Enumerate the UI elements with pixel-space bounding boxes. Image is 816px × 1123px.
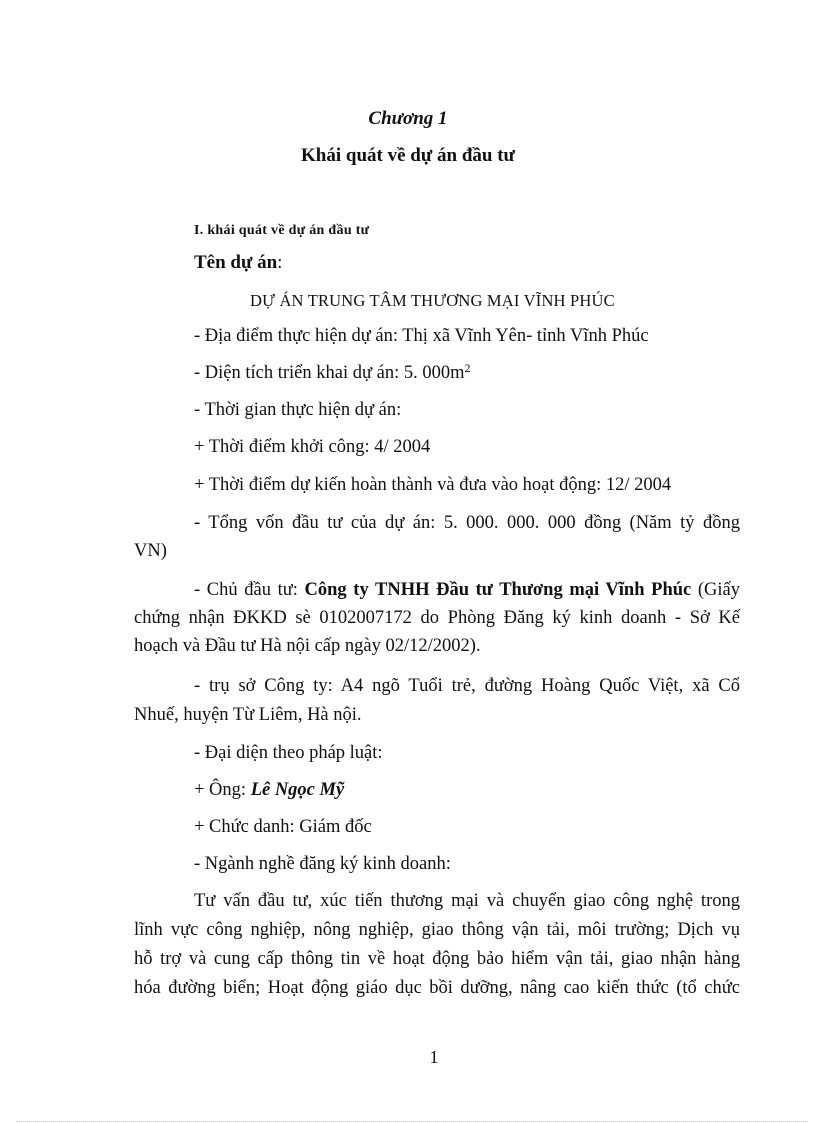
item-finish: + Thời điểm dự kiến hoàn thành và đưa và… <box>194 474 671 496</box>
chapter-label: Chương 1 <box>0 108 816 130</box>
item-rep-title: + Chức danh: Giám đốc <box>194 816 372 838</box>
item-start: + Thời điểm khởi công: 4/ 2004 <box>194 436 430 458</box>
rep-name-prefix: + Ông: <box>194 780 251 800</box>
business-paragraph-line4: hóa đường biển; Hoạt động giáo dục bồi d… <box>134 977 740 999</box>
item-area: - Diện tích triển khai dự án: 5. 000m2 <box>194 362 471 384</box>
page-break-divider <box>16 1121 808 1122</box>
item-area-superscript: 2 <box>465 361 471 375</box>
chapter-title: Khái quát về dự án đầu tư <box>0 145 816 167</box>
item-representative: - Đại diện theo pháp luật: <box>194 742 383 764</box>
business-paragraph-line3: hỗ trợ và cung cấp thông tin về hoạt độn… <box>134 948 740 970</box>
project-name-label: Tên dự án <box>194 252 277 273</box>
rep-name: Lê Ngọc Mỹ <box>251 780 345 800</box>
owner-company-name: Công ty TNHH Đầu tư Thương mại Vĩnh Phúc <box>305 580 692 600</box>
item-hq-line1: - trụ sở Công ty: A4 ngõ Tuổi trẻ, đường… <box>194 675 740 697</box>
owner-prefix: - Chủ đầu tư: <box>194 580 305 600</box>
section-heading: I. khái quát về dự án đầu tư <box>194 220 369 242</box>
item-area-text: - Diện tích triển khai dự án: 5. 000m <box>194 363 465 383</box>
project-name: DỰ ÁN TRUNG TÂM THƯƠNG MẠI VĨNH PHÚC <box>250 290 615 312</box>
item-business: - Ngành nghề đăng ký kinh doanh: <box>194 853 451 875</box>
item-owner-line3: hoạch và Đầu tư Hà nội cấp ngày 02/12/20… <box>134 635 481 657</box>
item-owner-line2: chứng nhận ĐKKD sè 0102007172 do Phòng Đ… <box>134 607 740 629</box>
project-name-colon: : <box>277 253 282 273</box>
item-capital-line1: - Tổng vốn đầu tư của dự án: 5. 000. 000… <box>194 512 740 534</box>
page-number: 1 <box>26 1046 816 1068</box>
item-duration: - Thời gian thực hiện dự án: <box>194 399 401 421</box>
business-paragraph-line1: Tư vấn đầu tư, xúc tiến thương mại và ch… <box>194 890 740 912</box>
item-hq-line2: Nhuế, huyện Từ Liêm, Hà nội. <box>134 704 362 726</box>
item-rep-name: + Ông: Lê Ngọc Mỹ <box>194 779 344 801</box>
project-name-label-row: Tên dự án: <box>194 252 282 274</box>
item-owner-line1: - Chủ đầu tư: Công ty TNHH Đầu tư Thương… <box>194 579 740 601</box>
item-location: - Địa điểm thực hiện dự án: Thị xã Vĩnh … <box>194 325 649 347</box>
owner-suffix: (Giấy <box>691 580 740 600</box>
item-capital-line2: VN) <box>134 540 167 562</box>
business-paragraph-line2: lĩnh vực công nghiệp, nông nghiệp, giao … <box>134 919 740 941</box>
